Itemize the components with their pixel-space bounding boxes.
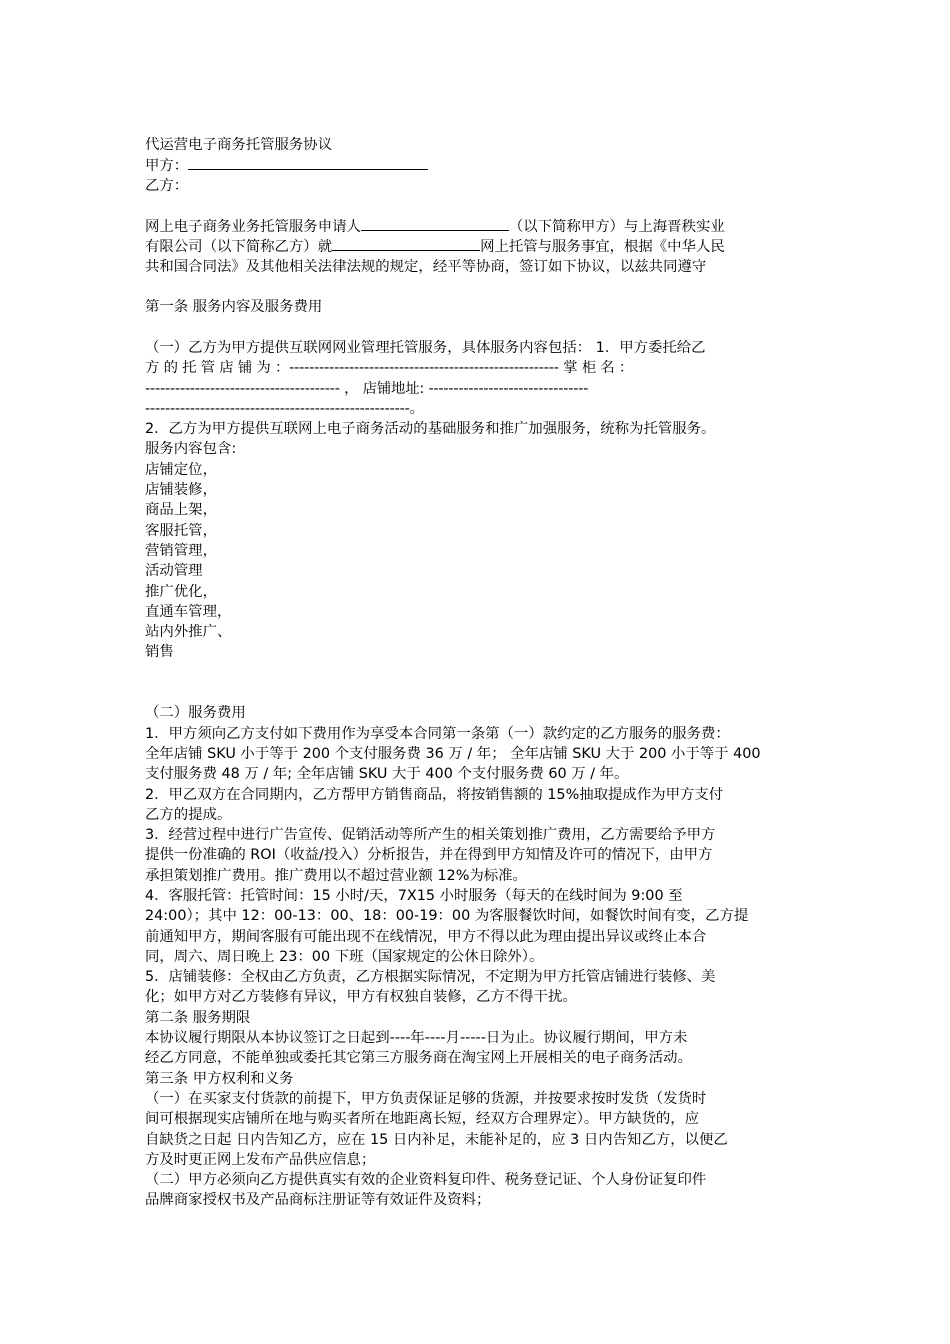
a1-s1-line: （一）乙方为甲方提供互联网网业管理托管服务，具体服务内容包括： 1．甲方委托给乙 bbox=[145, 338, 807, 358]
fee-line: 同，周六、周日晚上 23：00 下班（国家规定的公休日除外）。 bbox=[145, 947, 807, 967]
fee-line: 乙方的提成。 bbox=[145, 805, 807, 825]
a2-line: 经乙方同意，不能单独或委托其它第三方服务商在淘宝网上开展相关的电子商务活动。 bbox=[145, 1048, 807, 1068]
party-a-blank bbox=[188, 155, 428, 170]
a3-line: 间可根据现实店铺所在地与购买者所在地距离长短，经双方合理界定）。甲方缺货的，应 bbox=[145, 1109, 807, 1129]
a3-line: 方及时更正网上发布产品供应信息； bbox=[145, 1150, 807, 1170]
fee-line: 2．甲乙双方在合同期内，乙方帮甲方销售商品，将按销售额的 15%抽取提成作为甲方… bbox=[145, 785, 807, 805]
article-3-heading: 第三条 甲方权利和义务 bbox=[145, 1069, 807, 1089]
article-2-heading: 第二条 服务期限 bbox=[145, 1008, 807, 1028]
fee-line: 承担策划推广费用。推广费用以不超过营业额 12%为标准。 bbox=[145, 866, 807, 886]
service-item: 推广优化， bbox=[145, 582, 807, 602]
service-item: 店铺装修， bbox=[145, 480, 807, 500]
service-item: 活动管理 bbox=[145, 561, 807, 581]
applicant-blank bbox=[361, 216, 509, 231]
a3-line: 品牌商家授权书及产品商标注册证等有效证件及资料； bbox=[145, 1190, 807, 1210]
document-page: 代运营电子商务托管服务协议 甲方： 乙方： 网上电子商务业务托管服务申请人（以下… bbox=[145, 135, 807, 1211]
matter-blank bbox=[332, 236, 480, 251]
a3-line: （一）在买家支付货款的前提下，甲方负责保证足够的货源，并按要求按时发货（发货时 bbox=[145, 1089, 807, 1109]
service-item: 营销管理， bbox=[145, 541, 807, 561]
fee-line: 全年店铺 SKU 小于等于 200 个支付服务费 36 万 / 年； 全年店铺 … bbox=[145, 744, 807, 764]
services-label: 服务内容包含: bbox=[145, 439, 807, 459]
a1-s1-line: --------------------------------------- … bbox=[145, 379, 807, 399]
fees-heading: （二）服务费用 bbox=[145, 703, 807, 723]
fee-line: 3．经营过程中进行广告宣传、促销活动等所产生的相关策划推广费用，乙方需要给予甲方 bbox=[145, 825, 807, 845]
intro-line-2: 有限公司（以下简称乙方）就网上托管与服务事宜，根据《中华人民 bbox=[145, 236, 807, 256]
fee-line: 4．客服托管：托管时间：15 小时/天，7X15 小时服务（每天的在线时间为 9… bbox=[145, 886, 807, 906]
service-item: 店铺定位， bbox=[145, 460, 807, 480]
a1-s1-line: 方 的 托 管 店 铺 为 ：-------------------------… bbox=[145, 358, 807, 378]
fee-line: 提供一份准确的 ROI（收益/投入）分析报告，并在得到甲方知情及许可的情况下，由… bbox=[145, 845, 807, 865]
service-item: 客服托管， bbox=[145, 521, 807, 541]
party-a-line: 甲方： bbox=[145, 155, 807, 175]
intro-line-1: 网上电子商务业务托管服务申请人（以下简称甲方）与上海晋秩实业 bbox=[145, 216, 807, 236]
service-item: 站内外推广、 bbox=[145, 622, 807, 642]
fee-line: 24:00）；其中 12：00-13：00、18：00-19：00 为客服餐饮时… bbox=[145, 906, 807, 926]
party-a-label: 甲方： bbox=[145, 158, 188, 174]
a2-line: 本协议履行期限从本协议签订之日起到----年----月-----日为止。协议履行… bbox=[145, 1028, 807, 1048]
service-item: 商品上架， bbox=[145, 500, 807, 520]
document-title: 代运营电子商务托管服务协议 bbox=[145, 135, 807, 155]
a3-line: （二）甲方必须向乙方提供真实有效的企业资料复印件、税务登记证、个人身份证复印件 bbox=[145, 1170, 807, 1190]
article-1-heading: 第一条 服务内容及服务费用 bbox=[145, 297, 807, 317]
fee-line: 化；如甲方对乙方装修有异议，甲方有权独自装修，乙方不得干扰。 bbox=[145, 987, 807, 1007]
a1-item-2: 2．乙方为甲方提供互联网上电子商务活动的基础服务和推广加强服务，统称为托管服务。 bbox=[145, 419, 807, 439]
fee-line: 1．甲方须向乙方支付如下费用作为享受本合同第一条第（一）款约定的乙方服务的服务费… bbox=[145, 724, 807, 744]
a1-s1-line: ----------------------------------------… bbox=[145, 399, 807, 419]
fee-line: 5．店铺装修：全权由乙方负责，乙方根据实际情况，不定期为甲方托管店铺进行装修、美 bbox=[145, 967, 807, 987]
fee-line: 前通知甲方，期间客服有可能出现不在线情况，甲方不得以此为理由提出异议或终止本合 bbox=[145, 927, 807, 947]
intro-line-3: 共和国合同法》及其他相关法律法规的规定，经平等协商，签订如下协议，以兹共同遵守 bbox=[145, 257, 807, 277]
service-item: 直通车管理， bbox=[145, 602, 807, 622]
a3-line: 自缺货之日起 日内告知乙方，应在 15 日内补足，未能补足的，应 3 日内告知乙… bbox=[145, 1130, 807, 1150]
fee-line: 支付服务费 48 万 / 年; 全年店铺 SKU 大于 400 个支付服务费 6… bbox=[145, 764, 807, 784]
service-item: 销售 bbox=[145, 642, 807, 662]
party-b-label: 乙方： bbox=[145, 176, 807, 196]
